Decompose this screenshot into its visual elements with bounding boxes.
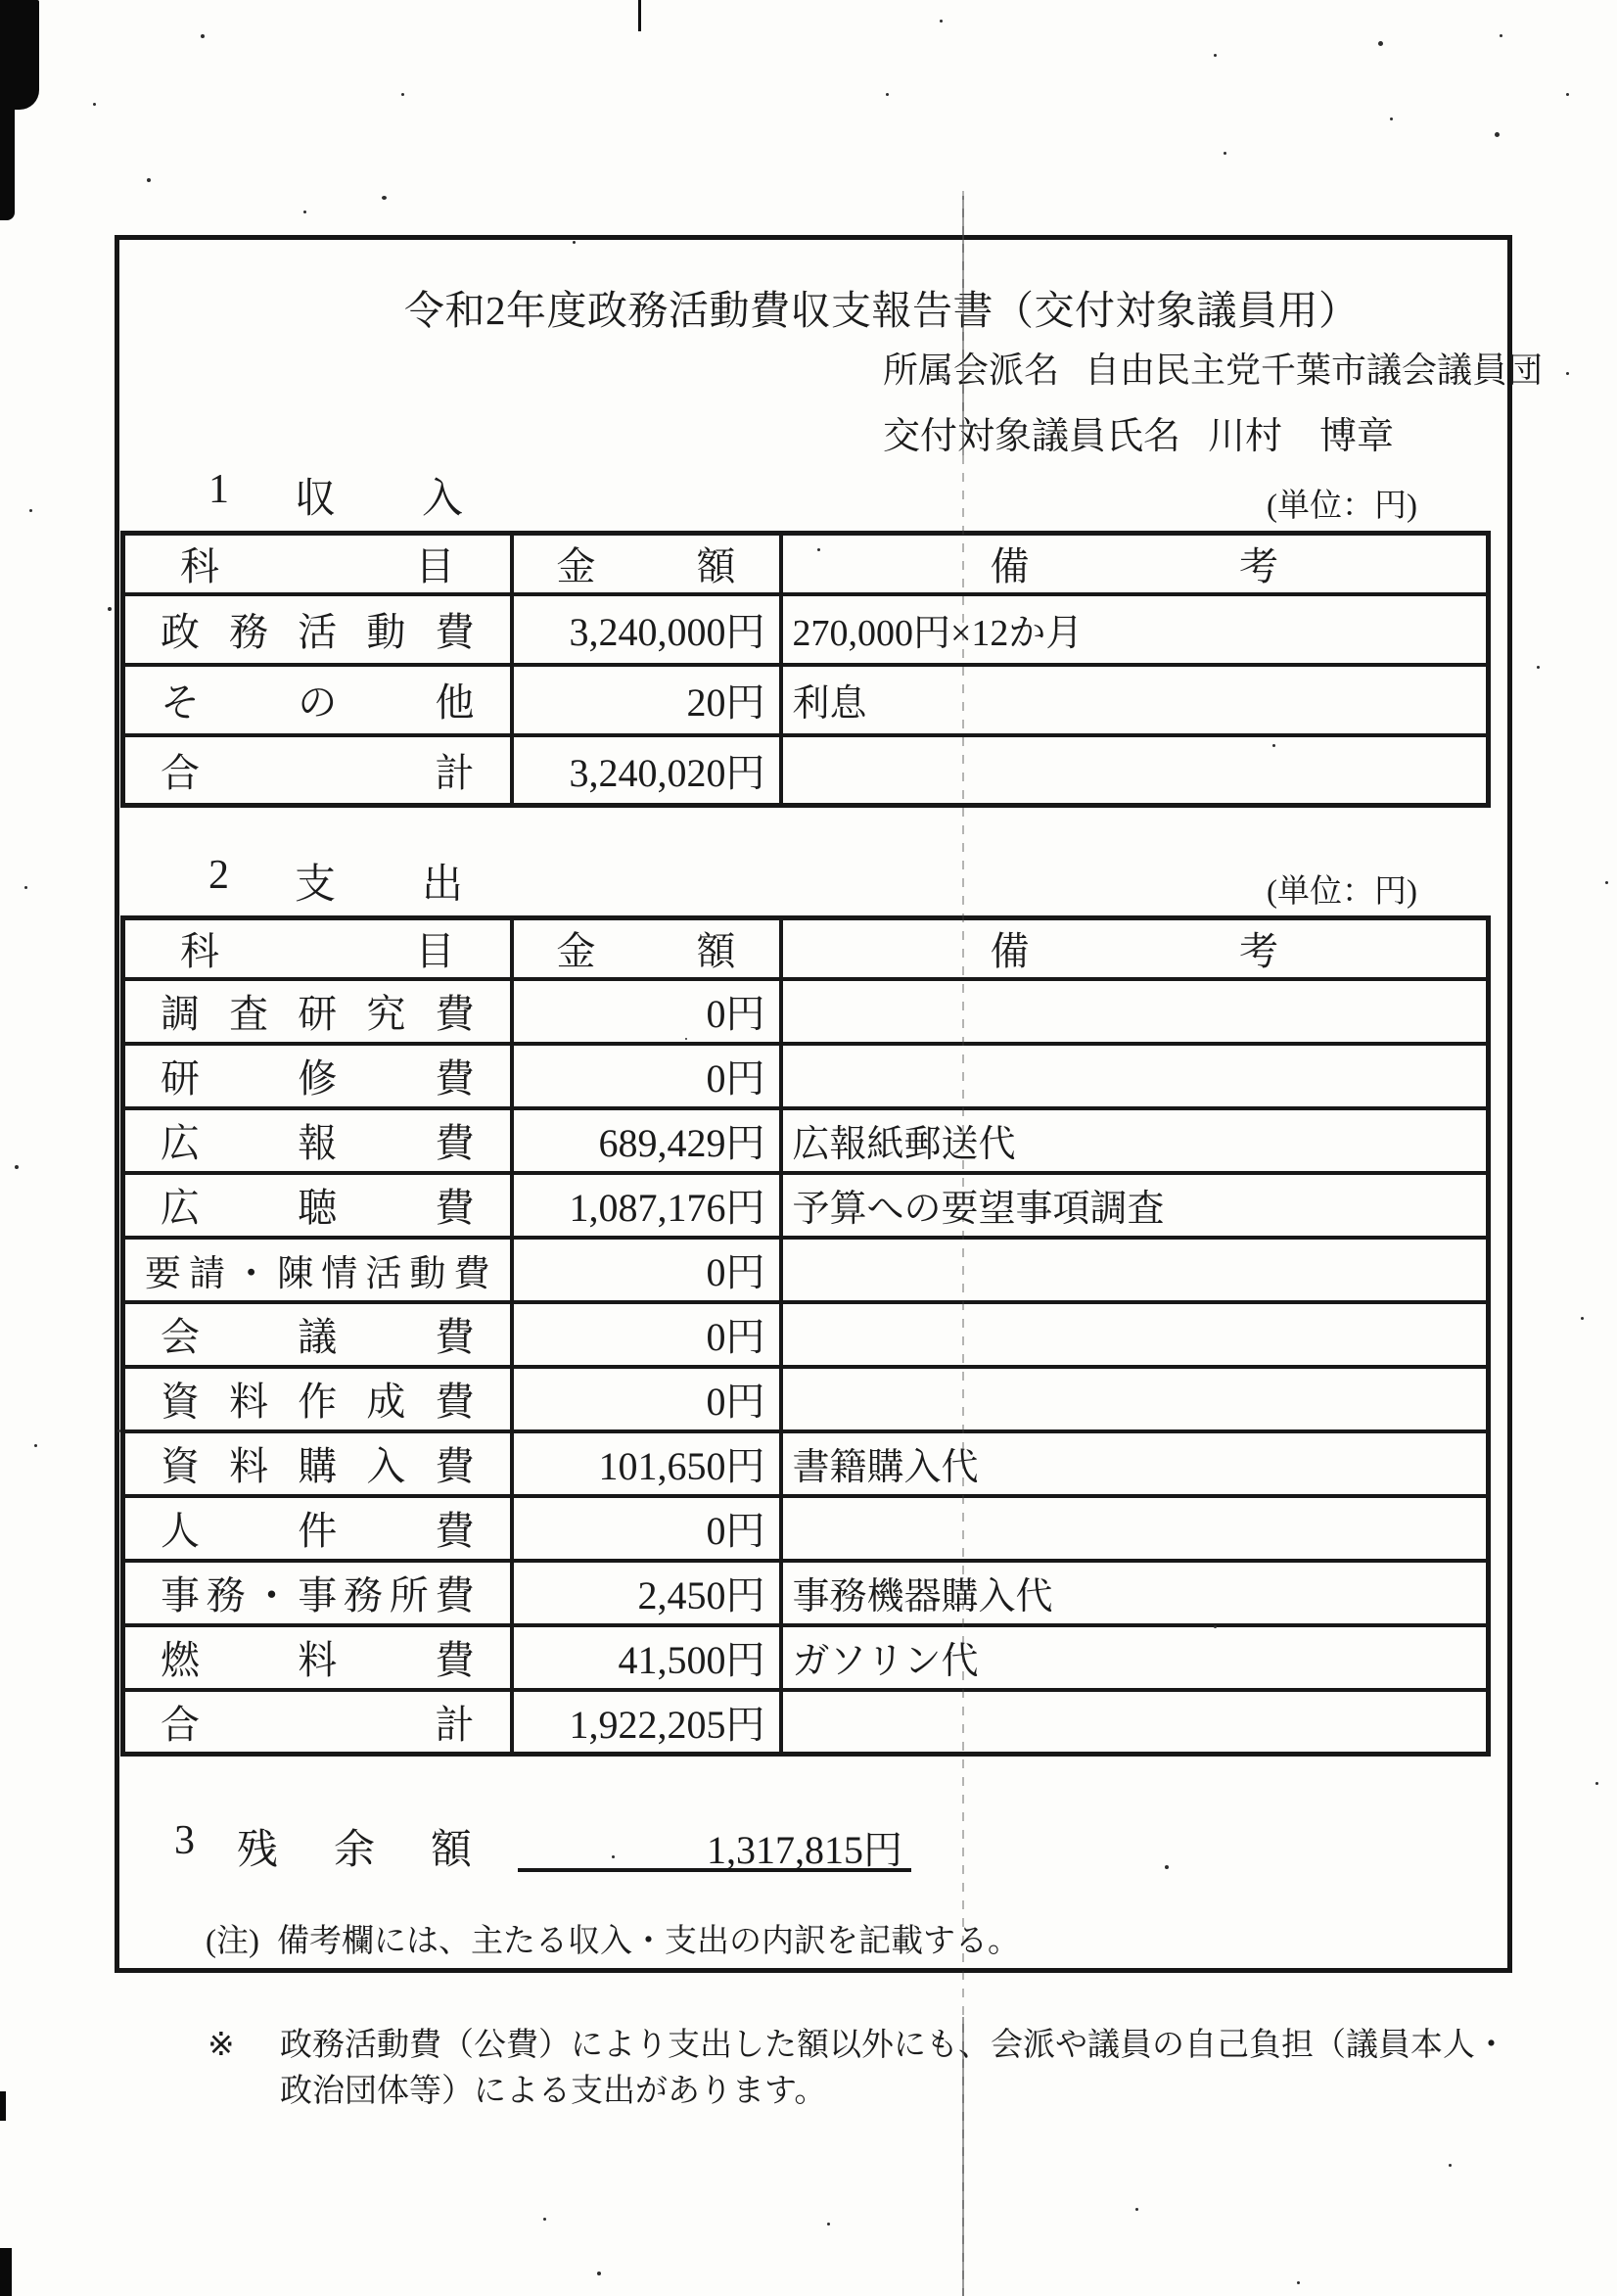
table-row: その他 20円 利息 (123, 665, 1489, 735)
item-cell: 政務活動費 (123, 594, 512, 665)
remarks-cell: 予算への要望事項調査 (781, 1173, 1489, 1238)
item-cell: 調査研究費 (123, 979, 512, 1044)
speckle (1214, 54, 1217, 57)
table-row: 研修費 0円 (123, 1044, 1489, 1108)
speckle (1495, 132, 1500, 137)
balance-amount: 1,317,815円 (519, 1819, 902, 1875)
speckle (827, 2223, 830, 2226)
speckle (1581, 1317, 1584, 1320)
amount-cell: 0円 (512, 1496, 781, 1561)
item-cell: 会議費 (123, 1302, 512, 1367)
remarks-cell (781, 1367, 1489, 1431)
page-title: 令和2年度政務活動費収支報告書（交付対象議員用） (404, 278, 1360, 336)
remarks-cell (781, 1496, 1489, 1561)
remarks-cell (781, 1044, 1489, 1108)
amount-cell: 41,500円 (512, 1625, 781, 1690)
faction-name: 自由民主党千葉市議会議員団 (1085, 343, 1543, 393)
speckle (940, 20, 943, 23)
member-label: 交付対象議員氏名 (883, 405, 1180, 459)
col-header-amount: 金額 (512, 534, 781, 594)
amount-cell: 3,240,000円 (512, 594, 781, 665)
amount-cell: 101,650円 (512, 1431, 781, 1496)
member-line: 交付対象議員氏名 川村 博章 (883, 405, 1394, 459)
col-header-remarks: 備考 (781, 534, 1489, 594)
table-row: 広報費 689,429円 広報紙郵送代 (123, 1108, 1489, 1173)
speckle (1297, 2281, 1300, 2284)
table-row: 燃料費 41,500円 ガソリン代 (123, 1625, 1489, 1690)
balance-underline (518, 1868, 911, 1872)
speckle (201, 34, 205, 38)
section-title: 支出 (295, 852, 463, 911)
speckle (1566, 372, 1569, 375)
table-row: 広聴費 1,087,176円 予算への要望事項調査 (123, 1173, 1489, 1238)
speckle (886, 93, 889, 96)
speckle (1378, 41, 1383, 46)
item-cell: 広報費 (123, 1108, 512, 1173)
note-text: 備考欄には、主たる収入・支出の内訳を記載する。 (277, 1915, 1020, 1961)
scan-blob (0, 0, 39, 110)
speckle (1605, 881, 1608, 884)
item-cell: 燃料費 (123, 1625, 512, 1690)
scan-fold-segment (962, 196, 964, 455)
speckle (1595, 1782, 1598, 1785)
amount-cell: 20円 (512, 665, 781, 735)
section-number: 1 (208, 466, 295, 525)
remarks-cell (781, 979, 1489, 1044)
faction-line: 所属会派名 自由民主党千葉市議会議員団 (883, 343, 1543, 393)
item-cell: 事務・事務所費 (123, 1561, 512, 1625)
item-cell: 広聴費 (123, 1173, 512, 1238)
amount-cell: 0円 (512, 1367, 781, 1431)
remarks-note: (注) 備考欄には、主たる収入・支出の内訳を記載する。 (206, 1915, 1020, 1961)
scan-blob (0, 2248, 12, 2296)
speckle (1390, 117, 1393, 120)
table-row: 政務活動費 3,240,000円 270,000円×12か月 (123, 594, 1489, 665)
speckle (1272, 744, 1275, 747)
col-header-amount: 金額 (512, 918, 781, 979)
table-row: 資料購入費 101,650円 書籍購入代 (123, 1431, 1489, 1496)
speckle (401, 93, 404, 96)
col-header-remarks: 備考 (781, 918, 1489, 979)
section-title: 収入 (295, 466, 463, 525)
member-name: 川村 博章 (1208, 405, 1394, 459)
amount-cell: 0円 (512, 1044, 781, 1108)
unit-note-expenditure: (単位：円) (1124, 866, 1417, 912)
scan-mark (638, 0, 641, 31)
speckle (445, 1155, 447, 1157)
item-cell: その他 (123, 665, 512, 735)
speckle (543, 2218, 546, 2221)
table-row: 会議費 0円 (123, 1302, 1489, 1367)
speckle (1500, 34, 1502, 37)
remarks-cell: 270,000円×12か月 (781, 594, 1489, 665)
amount-cell: 0円 (512, 1302, 781, 1367)
amount-cell: 2,450円 (512, 1561, 781, 1625)
expenditure-header-row: 科目 金額 備考 (123, 918, 1489, 979)
item-cell: 研修費 (123, 1044, 512, 1108)
income-section-heading: 1 収入 (208, 466, 463, 525)
footnote-line-2: 政治団体等）による支出があります。 (280, 2069, 1507, 2115)
table-row: 要請・陳情活動費 0円 (123, 1238, 1489, 1302)
amount-cell: 689,429円 (512, 1108, 781, 1173)
speckle (597, 2272, 601, 2275)
balance-section-heading: 3 残余額 (174, 1817, 472, 1876)
expenditure-section-heading: 2 支出 (208, 852, 463, 911)
speckle (1214, 1625, 1217, 1628)
speckle (108, 607, 112, 611)
speckle (24, 886, 27, 889)
speckle (382, 196, 387, 200)
remarks-cell (781, 1238, 1489, 1302)
speckle (1135, 2208, 1138, 2211)
speckle (1566, 93, 1569, 96)
speckle (29, 509, 32, 512)
unit-note-income: (単位：円) (1124, 480, 1417, 526)
scan-blob (0, 98, 15, 220)
scan-fold-segment (962, 2017, 964, 2296)
footnote-line-1: 政務活動費（公費）により支出した額以外にも、会派や議員の自己負担（議員本人・ (280, 2023, 1507, 2069)
table-row: 合計 1,922,205円 (123, 1690, 1489, 1755)
amount-cell: 0円 (512, 979, 781, 1044)
section-number: 2 (208, 852, 295, 911)
speckle (1224, 152, 1226, 155)
table-row: 事務・事務所費 2,450円 事務機器購入代 (123, 1561, 1489, 1625)
amount-cell: 1,922,205円 (512, 1690, 781, 1755)
scan-fold-line (962, 191, 964, 2296)
faction-label: 所属会派名 (883, 343, 1059, 393)
footnote-mark: ※ (208, 2023, 280, 2115)
speckle (685, 1038, 687, 1040)
item-cell: 資料購入費 (123, 1431, 512, 1496)
speckle (573, 241, 576, 244)
item-cell: 資料作成費 (123, 1367, 512, 1431)
table-row: 調査研究費 0円 (123, 979, 1489, 1044)
footnote-text: 政務活動費（公費）により支出した額以外にも、会派や議員の自己負担（議員本人・ 政… (280, 2023, 1507, 2115)
speckle (817, 548, 820, 551)
speckle (303, 211, 306, 213)
table-row: 合計 3,240,020円 (123, 735, 1489, 806)
remarks-cell (781, 1690, 1489, 1755)
speckle (147, 178, 151, 182)
scanned-report-page: 令和2年度政務活動費収支報告書（交付対象議員用） 所属会派名 自由民主党千葉市議… (0, 0, 1617, 2296)
amount-cell: 1,087,176円 (512, 1173, 781, 1238)
remarks-cell: 利息 (781, 665, 1489, 735)
speckle (1165, 1865, 1169, 1869)
scan-blob (0, 2091, 6, 2121)
remarks-cell: 書籍購入代 (781, 1431, 1489, 1496)
note-label: (注) (206, 1915, 259, 1961)
table-row: 人件費 0円 (123, 1496, 1489, 1561)
item-cell: 合計 (123, 1690, 512, 1755)
remarks-cell: 事務機器購入代 (781, 1561, 1489, 1625)
speckle (612, 1855, 615, 1858)
speckle (1449, 2164, 1452, 2167)
remarks-cell (781, 1302, 1489, 1367)
speckle (15, 1165, 19, 1169)
item-cell: 人件費 (123, 1496, 512, 1561)
income-header-row: 科目 金額 備考 (123, 534, 1489, 594)
balance-label: 残余額 (237, 1817, 472, 1876)
income-table: 科目 金額 備考 政務活動費 3,240,000円 270,000円×12か月 … (120, 531, 1491, 808)
speckle (117, 1429, 120, 1432)
speckle (34, 1444, 37, 1447)
speckle (93, 103, 96, 106)
expenditure-table: 科目 金額 備考 調査研究費 0円 研修費 0円 広報費 689,429円 広報… (120, 915, 1491, 1757)
remarks-cell: 広報紙郵送代 (781, 1108, 1489, 1173)
remarks-cell (781, 735, 1489, 806)
col-header-item: 科目 (123, 918, 512, 979)
item-cell: 要請・陳情活動費 (123, 1238, 512, 1302)
item-cell: 合計 (123, 735, 512, 806)
amount-cell: 0円 (512, 1238, 781, 1302)
amount-cell: 3,240,020円 (512, 735, 781, 806)
footnote: ※ 政務活動費（公費）により支出した額以外にも、会派や議員の自己負担（議員本人・… (208, 2023, 1507, 2115)
table-row: 資料作成費 0円 (123, 1367, 1489, 1431)
section-number: 3 (174, 1817, 237, 1876)
col-header-item: 科目 (123, 534, 512, 594)
speckle (1537, 666, 1540, 669)
remarks-cell: ガソリン代 (781, 1625, 1489, 1690)
